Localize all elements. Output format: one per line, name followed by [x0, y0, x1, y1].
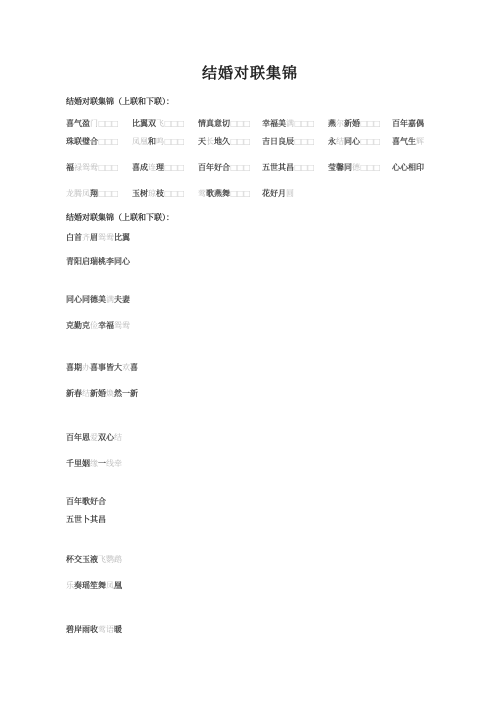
couplet-phrase: 百年好合□□□	[198, 162, 250, 173]
couplet-phrase: 喜气生辉	[392, 136, 424, 147]
grid-row: 龙腾凤翔□□□玉树琼枝□□□莺歌燕舞□□□花好月圆	[66, 188, 446, 200]
grid-row: 喜气盈门□□□比翼双飞□□□情真意切□□□幸福美满□□□燕尔新婚□□□百年嘉偶	[66, 118, 446, 130]
upper-couplet: 喜期办喜事皆大欢喜	[66, 362, 138, 373]
couplet-phrase: 龙腾凤翔□□□	[66, 188, 118, 199]
document-page: 结婚对联集锦 结婚对联集锦（上联和下联）： 喜气盈门□□□比翼双飞□□□情真意切…	[0, 0, 500, 706]
couplet-phrase: 心心相印	[392, 162, 424, 173]
upper-couplet: 同心同德美满夫妻	[66, 294, 130, 305]
lower-couplet: 新春结新婚焕然一新	[66, 388, 138, 399]
grid-row: 福禄鸳鸯□□□喜成连理□□□百年好合□□□五世其昌□□□莹馨同德□□□心心相印	[66, 162, 446, 174]
couplet-phrase: 莺歌燕舞□□□	[198, 188, 250, 199]
section-header-2: 结婚对联集锦（上联和下联）：	[66, 212, 174, 223]
couplet-phrase: 五世其昌□□□	[262, 162, 314, 173]
upper-couplet: 白首齐眉鸳鸯比翼	[66, 232, 130, 243]
couplet-phrase: 珠联璧合□□□	[66, 136, 118, 147]
couplet-phrase: 吉日良辰□□□	[262, 136, 314, 147]
couplet-phrase: 福禄鸳鸯□□□	[66, 162, 118, 173]
upper-couplet: 百年歌好合	[66, 496, 106, 507]
couplet-phrase: 情真意切□□□	[198, 118, 250, 129]
couplet-phrase: 莹馨同德□□□	[328, 162, 380, 173]
couplet-phrase: 花好月圆	[262, 188, 294, 199]
section-header-1: 结婚对联集锦（上联和下联）：	[66, 96, 174, 107]
couplet-phrase: 喜成连理□□□	[132, 162, 184, 173]
couplet-phrase: 喜气盈门□□□	[66, 118, 118, 129]
couplet-phrase: 幸福美满□□□	[262, 118, 314, 129]
couplet-phrase: 永结同心□□□	[328, 136, 380, 147]
lower-couplet: 乐奏瑶笙舞凤凰	[66, 580, 122, 591]
couplet-phrase: 天长地久□□□	[198, 136, 250, 147]
upper-couplet: 百年恩爱双心结	[66, 432, 122, 443]
couplet-phrase: 比翼双飞□□□	[132, 118, 184, 129]
lower-couplet: 克勤克俭幸福鸳鸯	[66, 320, 130, 331]
grid-row: 珠联璧合□□□凤凰和鸣□□□天长地久□□□吉日良辰□□□永结同心□□□喜气生辉	[66, 136, 446, 148]
lower-couplet: 青阳启瑞桃李同心	[66, 256, 130, 267]
couplet-phrase: 凤凰和鸣□□□	[132, 136, 184, 147]
couplet-phrase: 百年嘉偶	[392, 118, 424, 129]
couplet-phrase: 燕尔新婚□□□	[328, 118, 380, 129]
page-title: 结婚对联集锦	[0, 62, 500, 83]
lower-couplet: 五世卜其昌	[66, 514, 106, 525]
couplet-phrase: 玉树琼枝□□□	[132, 188, 184, 199]
upper-couplet: 碧岸雨收莺语暖	[66, 624, 122, 635]
lower-couplet: 千里姻缘一线牵	[66, 458, 122, 469]
upper-couplet: 杯交玉液飞鹦鹉	[66, 554, 122, 565]
